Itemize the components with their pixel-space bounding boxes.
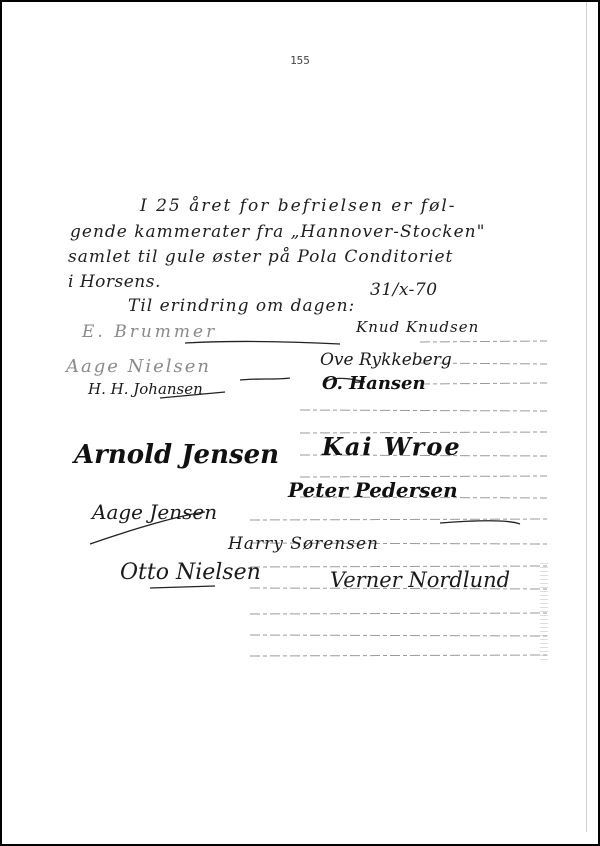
signature-9: Peter Pedersen <box>288 478 458 502</box>
signature-1: E. Brummer <box>82 322 217 342</box>
signature-11: Harry Sørensen <box>228 534 379 554</box>
signature-3: H. H. Johansen <box>88 380 203 398</box>
scan-noise <box>540 560 548 660</box>
document-page <box>0 0 600 846</box>
signature-7: Arnold Jensen <box>74 440 279 470</box>
inscription-date: 31/x-70 <box>370 280 438 300</box>
signature-8: Kai Wroe <box>322 432 462 461</box>
signature-2: Aage Nielsen <box>66 356 211 377</box>
inscription-line-4: i Horsens. <box>68 272 161 292</box>
signature-4: Knud Knudsen <box>356 318 479 336</box>
signature-12: Otto Nielsen <box>120 560 261 585</box>
inscription-line-1: I 25 året for befrielsen er føl- <box>140 196 457 216</box>
signature-10: Aage Jensen <box>92 500 217 524</box>
inscription-line-2: gende kammerater fra „Hannover-Stocken" <box>70 222 485 242</box>
signature-13: Verner Nordlund <box>330 568 510 592</box>
page-number: 155 <box>0 54 600 67</box>
inscription-line-5: Til erindring om dagen: <box>128 296 355 316</box>
signature-5: Ove Rykkeberg <box>320 350 452 370</box>
scan-edge-line <box>586 2 587 832</box>
inscription-line-3: samlet til gule øster på Pola Conditorie… <box>68 247 453 267</box>
signature-6: O. Hansen <box>322 373 426 394</box>
